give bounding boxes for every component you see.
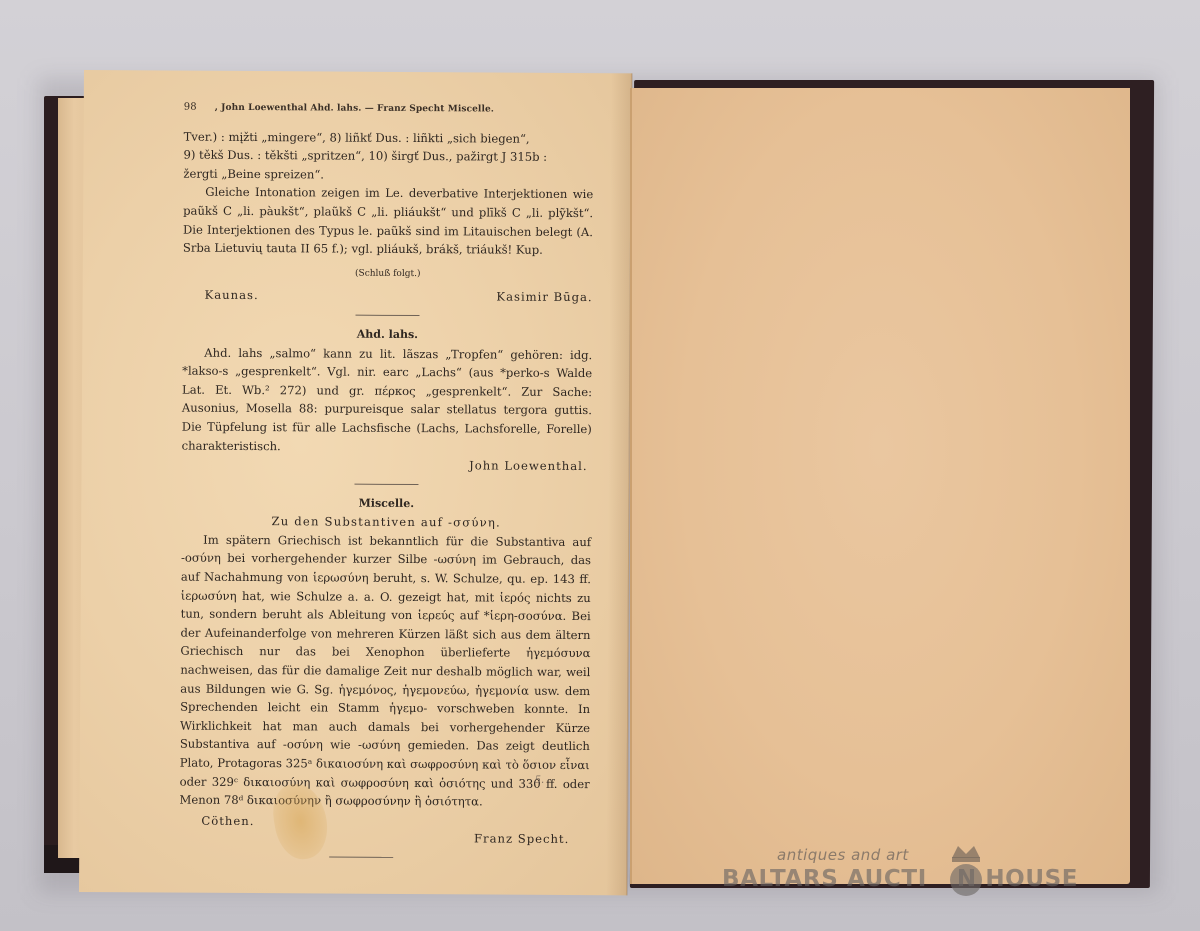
right-page-blank xyxy=(630,88,1130,884)
running-head: 98 , John Loewenthal Ahd. lahs. — Franz … xyxy=(184,99,594,120)
page-text: 98 , John Loewenthal Ahd. lahs. — Franz … xyxy=(179,99,594,869)
miscelle-subheading: Zu den Substantiven auf -σσύνη. xyxy=(181,512,591,533)
buga-paragraph: Gleiche Intonation zeigen im Le. deverba… xyxy=(183,183,593,260)
buga-place: Kaunas. xyxy=(205,286,259,305)
page-number: 98 xyxy=(184,99,197,118)
miscelle-author: Franz Specht. xyxy=(179,828,589,849)
buga-line-3: žergti „Beine spreizen“. xyxy=(183,164,593,185)
buga-line-2: 9) těkš Dus. : těkšti „spritzen“, 10) ši… xyxy=(183,146,593,167)
lahs-paragraph: Ahd. lahs „salmo“ kann zu lit. lãszas „T… xyxy=(182,343,593,457)
continuation-note: (Schluß folgt.) xyxy=(183,263,593,284)
left-page: 98 , John Loewenthal Ahd. lahs. — Franz … xyxy=(79,70,632,895)
pencil-annotation: 5. xyxy=(535,775,545,786)
miscelle-paragraph: Im spätern Griechisch ist bekanntlich fü… xyxy=(179,530,591,811)
separator-rule xyxy=(356,315,420,316)
miscelle-heading: Miscelle. xyxy=(181,493,591,514)
running-head-title: , John Loewenthal Ahd. lahs. — Franz Spe… xyxy=(215,99,494,119)
separator-rule xyxy=(354,483,418,484)
separator-rule xyxy=(329,856,393,857)
buga-line-1: Tver.) : mįžti „mingere“, 8) liñkť Dus. … xyxy=(184,127,594,148)
lahs-heading: Ahd. lahs. xyxy=(182,325,592,346)
lahs-author: John Loewenthal. xyxy=(182,455,592,476)
buga-signature: Kaunas. Kasimir Būga. xyxy=(183,286,593,307)
buga-author: Kasimir Būga. xyxy=(496,288,592,307)
